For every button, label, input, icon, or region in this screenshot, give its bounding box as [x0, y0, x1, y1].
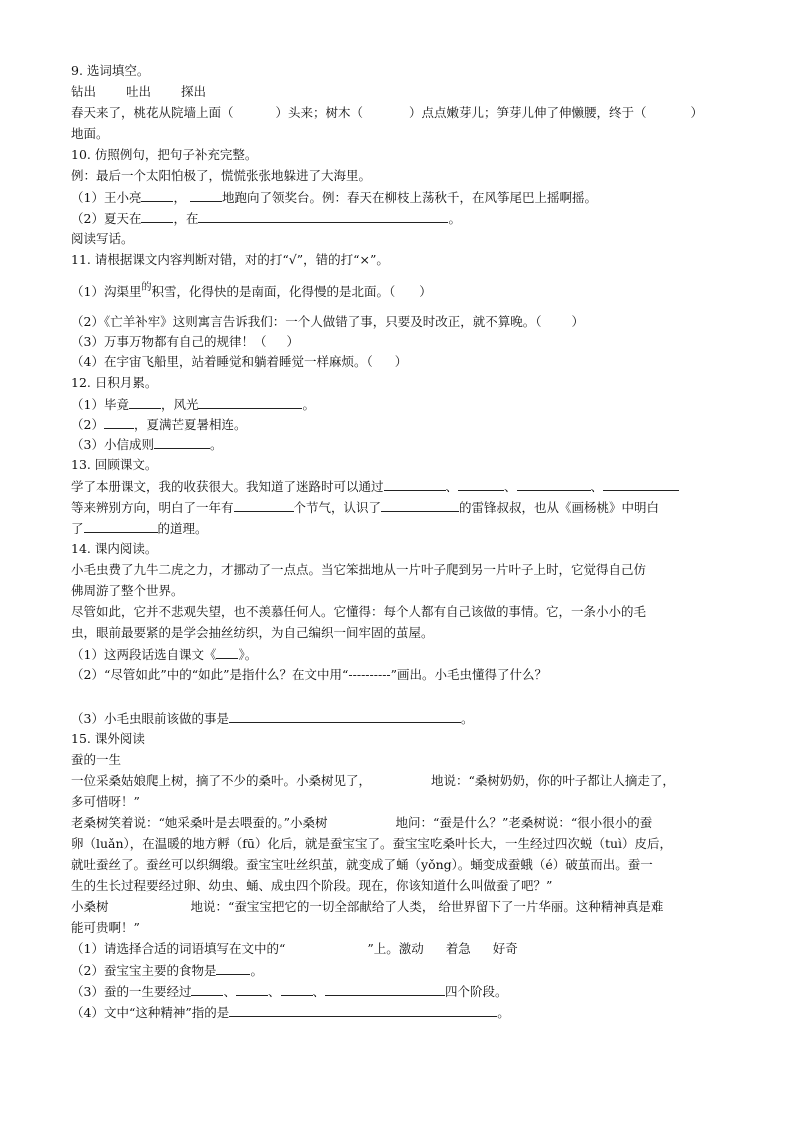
- q11-item-4: （4）在宇宙飞船里，站着睡觉和躺着睡觉一样麻烦。（）: [71, 354, 407, 370]
- q13-blank[interactable]: [458, 478, 504, 491]
- q15-paragraph: 能可贵啊！”: [71, 920, 140, 936]
- q14-item-1: （1）这两段话选自课文《》。: [71, 646, 257, 663]
- q15-blank[interactable]: [325, 983, 445, 996]
- q11-title: 11. 请根据课文内容判断对错，对的打“√”，错的打“×”。: [71, 252, 389, 268]
- q15-paragraph: 生的生长过程要经过卵、幼虫、蛹、成虫四个阶段。现在，你该知道什么叫做蚕了吧？”: [71, 878, 552, 894]
- q12-blank[interactable]: [129, 396, 161, 409]
- section-title: 阅读写话。: [71, 231, 134, 247]
- q10-item-1: （1）王小亮， 地跑向了领奖台。例：春天在柳枝上荡秋千，在风筝尾巴上摇啊摇。: [71, 189, 597, 206]
- q13-blank[interactable]: [84, 520, 158, 533]
- q13-blank[interactable]: [234, 499, 294, 512]
- q9-sentence-end: 地面。: [71, 126, 109, 142]
- q14-paragraph: 佛周游了整个世界。: [71, 583, 184, 599]
- q9-title: 9. 选词填空。: [71, 63, 149, 79]
- q13-line-2: 等来辨别方向，明白了一年有个节气，认识了的雷锋叔叔，也从《画杨桃》中明白: [71, 499, 659, 516]
- q12-blank[interactable]: [154, 436, 210, 449]
- q15-paragraph: 一位采桑姑娘爬上树，摘了不少的桑叶。小桑树见了，地说：“桑树奶奶，你的叶子都让人…: [71, 773, 675, 789]
- q14-item-3: （3）小毛虫眼前该做的事是。: [71, 710, 473, 727]
- q15-blank[interactable]: [216, 962, 250, 975]
- q15-item-1: （1）请选择合适的词语填写在文中的“”上。激动着急好奇: [71, 941, 518, 957]
- q13-line-3: 了的道理。: [71, 520, 208, 537]
- q12-item-3: （3）小信成则。: [71, 436, 222, 453]
- q9-option: 探出: [181, 84, 206, 99]
- q11-item-2: （2）《亡羊补牢》这则寓言告诉我们：一个人做错了事，只要及时改正，就不算晚。（）: [71, 314, 584, 330]
- q15-blank[interactable]: [191, 983, 223, 996]
- q13-blank[interactable]: [384, 478, 446, 491]
- q12-blank[interactable]: [198, 396, 302, 409]
- q15-paragraph: 多可惜呀！”: [71, 794, 140, 810]
- q9-option: 吐出: [126, 84, 151, 99]
- q11-item-3: （3）万事万物都有自己的规律！（）: [71, 334, 299, 350]
- q15-story-title: 蚕的一生: [71, 752, 121, 768]
- q9-options: 钻出吐出探出: [71, 84, 206, 100]
- q10-item-2: （2）夏天在，在。: [71, 210, 461, 227]
- q15-word-option: 着急: [446, 941, 471, 956]
- q10-blank[interactable]: [141, 189, 173, 202]
- q14-title: 14. 课内阅读。: [71, 541, 157, 557]
- q10-blank[interactable]: [141, 210, 173, 223]
- q14-blank[interactable]: [216, 646, 238, 659]
- q10-blank[interactable]: [190, 189, 222, 202]
- q12-blank[interactable]: [104, 416, 134, 429]
- q14-paragraph: 小毛虫费了九牛二虎之力，才挪动了一点点。当它笨拙地从一片叶子爬到另一片叶子上时，…: [71, 562, 646, 578]
- q10-blank[interactable]: [198, 210, 448, 223]
- q15-item-3: （3）蚕的一生要经过、、、四个阶段。: [71, 983, 508, 1000]
- q15-paragraph: 卵（luǎn），在温暖的地方孵（fū）化后，就是蚕宝宝了。蚕宝宝吃桑叶长大，一生…: [71, 836, 672, 852]
- q9-option: 钻出: [71, 84, 96, 99]
- q13-blank[interactable]: [381, 499, 459, 512]
- q14-blank[interactable]: [229, 710, 461, 723]
- q15-blank[interactable]: [236, 983, 268, 996]
- q14-paragraph: 虫，眼前最要紧的是学会抽丝纺织，为自己编织一间牢固的茧屋。: [71, 625, 434, 641]
- q15-blank[interactable]: [281, 983, 313, 996]
- q10-title: 10. 仿照例句，把句子补充完整。: [71, 147, 257, 163]
- q13-title: 13. 回顾课文。: [71, 457, 157, 473]
- q15-word-option: 好奇: [493, 941, 518, 956]
- q9-sentence: 春天来了，桃花从院墙上面（）头来；树木（）点点嫩芽儿；笋芽儿伸了伸懒腰，终于（）: [71, 105, 703, 121]
- q15-item-2: （2）蚕宝宝主要的食物是。: [71, 962, 263, 979]
- q14-item-2: （2）“尽管如此”中的“如此”是指什么？在文中用“----------”画出。小…: [71, 667, 547, 683]
- q10-example: 例：最后一个太阳怕极了，慌慌张张地躲进了大海里。: [71, 168, 371, 184]
- q15-paragraph: 老桑树笑着说：“她采桑叶是去喂蚕的。”小桑树地问：“蚕是什么？”老桑树说：“很小…: [71, 815, 652, 831]
- q13-blank[interactable]: [517, 478, 591, 491]
- q12-title: 12. 日积月累。: [71, 375, 157, 391]
- q15-blank[interactable]: [229, 1004, 497, 1017]
- q15-title: 15. 课外阅读: [71, 731, 145, 747]
- q15-paragraph: 就吐蚕丝了。蚕丝可以织绸缎。蚕宝宝吐丝织茧，就变成了蛹（yǒng）。蛹变成蚕蛾（…: [71, 857, 653, 873]
- q12-item-1: （1）毕竟，风光。: [71, 396, 315, 413]
- q14-paragraph: 尽管如此，它并不悲观失望，也不羡慕任何人。它懂得：每个人都有自己该做的事情。它，…: [71, 604, 646, 620]
- q11-item-1: （1）沟渠里的积雪，化得快的是南面，化得慢的是北面。（）: [71, 284, 432, 302]
- q13-blank[interactable]: [603, 478, 679, 491]
- q15-item-4: （4）文中“这种精神”指的是。: [71, 1004, 510, 1021]
- q15-paragraph: 小桑树地说：“蚕宝宝把它的一切全部献给了人类， 给世界留下了一片华丽。这种精神真…: [71, 899, 663, 915]
- q12-item-2: （2），夏满芒夏暑相连。: [71, 416, 246, 433]
- q13-line-1: 学了本册课文，我的收获很大。我知道了迷路时可以通过、、、: [71, 478, 679, 495]
